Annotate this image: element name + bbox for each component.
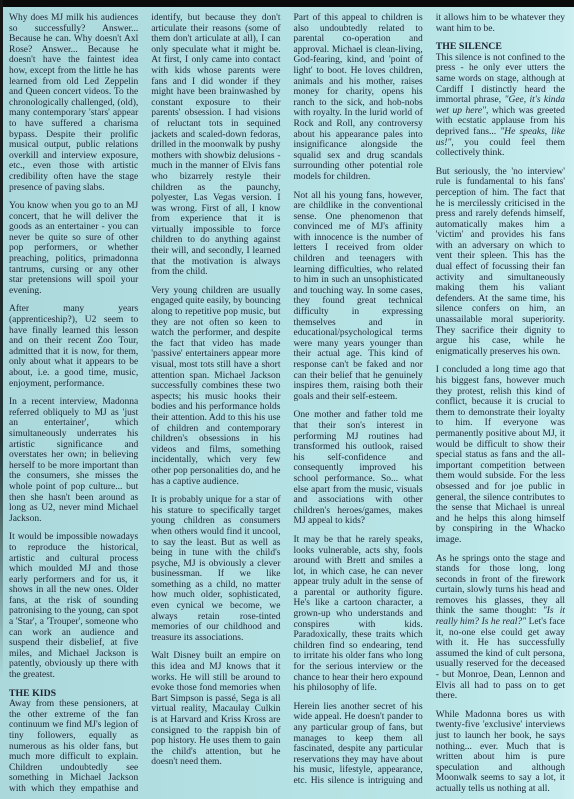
article-paragraph: As he springs onto the stage and stands … [436, 554, 565, 702]
article-paragraph: It is probably unique for a star of his … [151, 495, 280, 643]
scan-edge-left [0, 0, 3, 799]
article-paragraph: Very young children are usually engaged … [151, 286, 280, 487]
article-paragraph: I concluded a long time ago that his big… [436, 365, 565, 545]
article-paragraph: In a recent interview, Madonna referred … [9, 397, 138, 524]
article-paragraph: Walt Disney built an empire on this idea… [151, 651, 280, 768]
article-paragraph: You know when you go to an MJ concert, t… [9, 201, 138, 296]
section-heading: THE SILENCE [436, 42, 565, 53]
article-body: Why does MJ milk his audiences so succes… [0, 7, 574, 799]
article-paragraph: This silence is not confined to the pres… [436, 53, 565, 159]
section-heading: THE KIDS [9, 689, 138, 700]
article-paragraph: While Madonna bores us with twenty-five … [436, 710, 565, 795]
article-paragraph: It may be that he rarely speaks, looks v… [294, 535, 423, 694]
article-paragraph: Part of this appeal to children is also … [294, 13, 423, 183]
article-paragraph: After many years (apprenticeship?), U2 s… [9, 304, 138, 389]
scan-edge-top [0, 0, 574, 7]
article-paragraph: Why does MJ milk his audiences so succes… [9, 13, 138, 193]
scanned-article-page: Why does MJ milk his audiences so succes… [0, 0, 574, 799]
article-paragraph: Not all his young fans, however, are chi… [294, 191, 423, 403]
article-paragraph: It would be impossible nowadays to repro… [9, 532, 138, 680]
article-paragraph: But seriously, the 'no interview' rule i… [436, 167, 565, 358]
article-paragraph: One mother and father told me that their… [294, 410, 423, 527]
